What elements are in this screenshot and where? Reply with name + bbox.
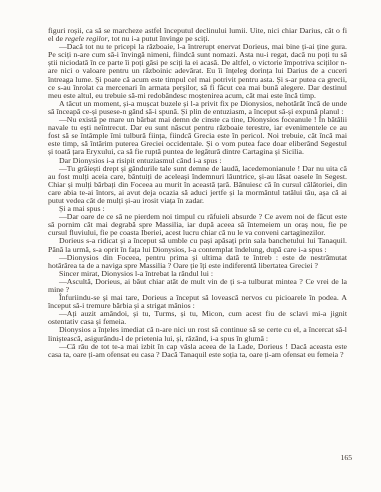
- text-run: —Nu există pe mare un bărbat mai demn de…: [48, 115, 347, 156]
- text-run: Dionysios a înțeles imediat că n-are nic…: [48, 325, 347, 342]
- paragraph: —Că rău de tot te-a mai izbit în cap vâs…: [48, 343, 347, 359]
- page-number: 165: [330, 453, 352, 462]
- text-run: Dorieus s-a ridicat și a început să umbl…: [48, 236, 347, 253]
- paragraph: —Dacă tot nu te pricepi la războaie, l-a…: [48, 43, 347, 100]
- text-run: —Dionysios din Foceea, pentru prima și u…: [48, 253, 347, 270]
- paragraph: Dorieus s-a ridicat și a început să umbl…: [48, 237, 347, 253]
- text-block: figuri roșii, ca să se marcheze astfel î…: [48, 27, 347, 359]
- paragraph: —Ascultă, Dorieus, ai băut chiar atât de…: [48, 278, 347, 294]
- text-run: —Dar oare de ce să ne pierdem noi timpul…: [48, 212, 347, 237]
- text-run: —Ați auzit amândoi, și tu, Turms, și tu,…: [48, 309, 347, 326]
- text-run: A tăcut un moment, și-a mușcat buzele și…: [48, 99, 347, 116]
- paragraph: —Dar oare de ce să ne pierdem noi timpul…: [48, 213, 347, 237]
- paragraph: figuri roșii, ca să se marcheze astfel î…: [48, 27, 347, 43]
- text-run: —Tu grăiești drept și gândurile tale sun…: [48, 164, 347, 205]
- text-run: —Dacă tot nu te pricepi la războaie, l-a…: [48, 42, 347, 100]
- book-page: figuri roșii, ca să se marcheze astfel î…: [0, 0, 381, 492]
- paragraph: A tăcut un moment, și-a mușcat buzele și…: [48, 100, 347, 116]
- paragraph: Dionysios a înțeles imediat că n-are nic…: [48, 326, 347, 342]
- paragraph: —Dionysios din Foceea, pentru prima și u…: [48, 254, 347, 270]
- text-run: —Că rău de tot te-a mai izbit în cap vâs…: [48, 342, 347, 359]
- paragraph: —Tu grăiești drept și gândurile tale sun…: [48, 165, 347, 205]
- paragraph: —Nu există pe mare un bărbat mai demn de…: [48, 116, 347, 156]
- text-run: —Ascultă, Dorieus, ai băut chiar atât de…: [48, 277, 347, 294]
- paragraph: Înfuriindu-se și mai tare, Dorieus a înc…: [48, 294, 347, 310]
- text-run: Înfuriindu-se și mai tare, Dorieus a înc…: [48, 293, 347, 310]
- paragraph: —Ați auzit amândoi, și tu, Turms, și tu,…: [48, 310, 347, 326]
